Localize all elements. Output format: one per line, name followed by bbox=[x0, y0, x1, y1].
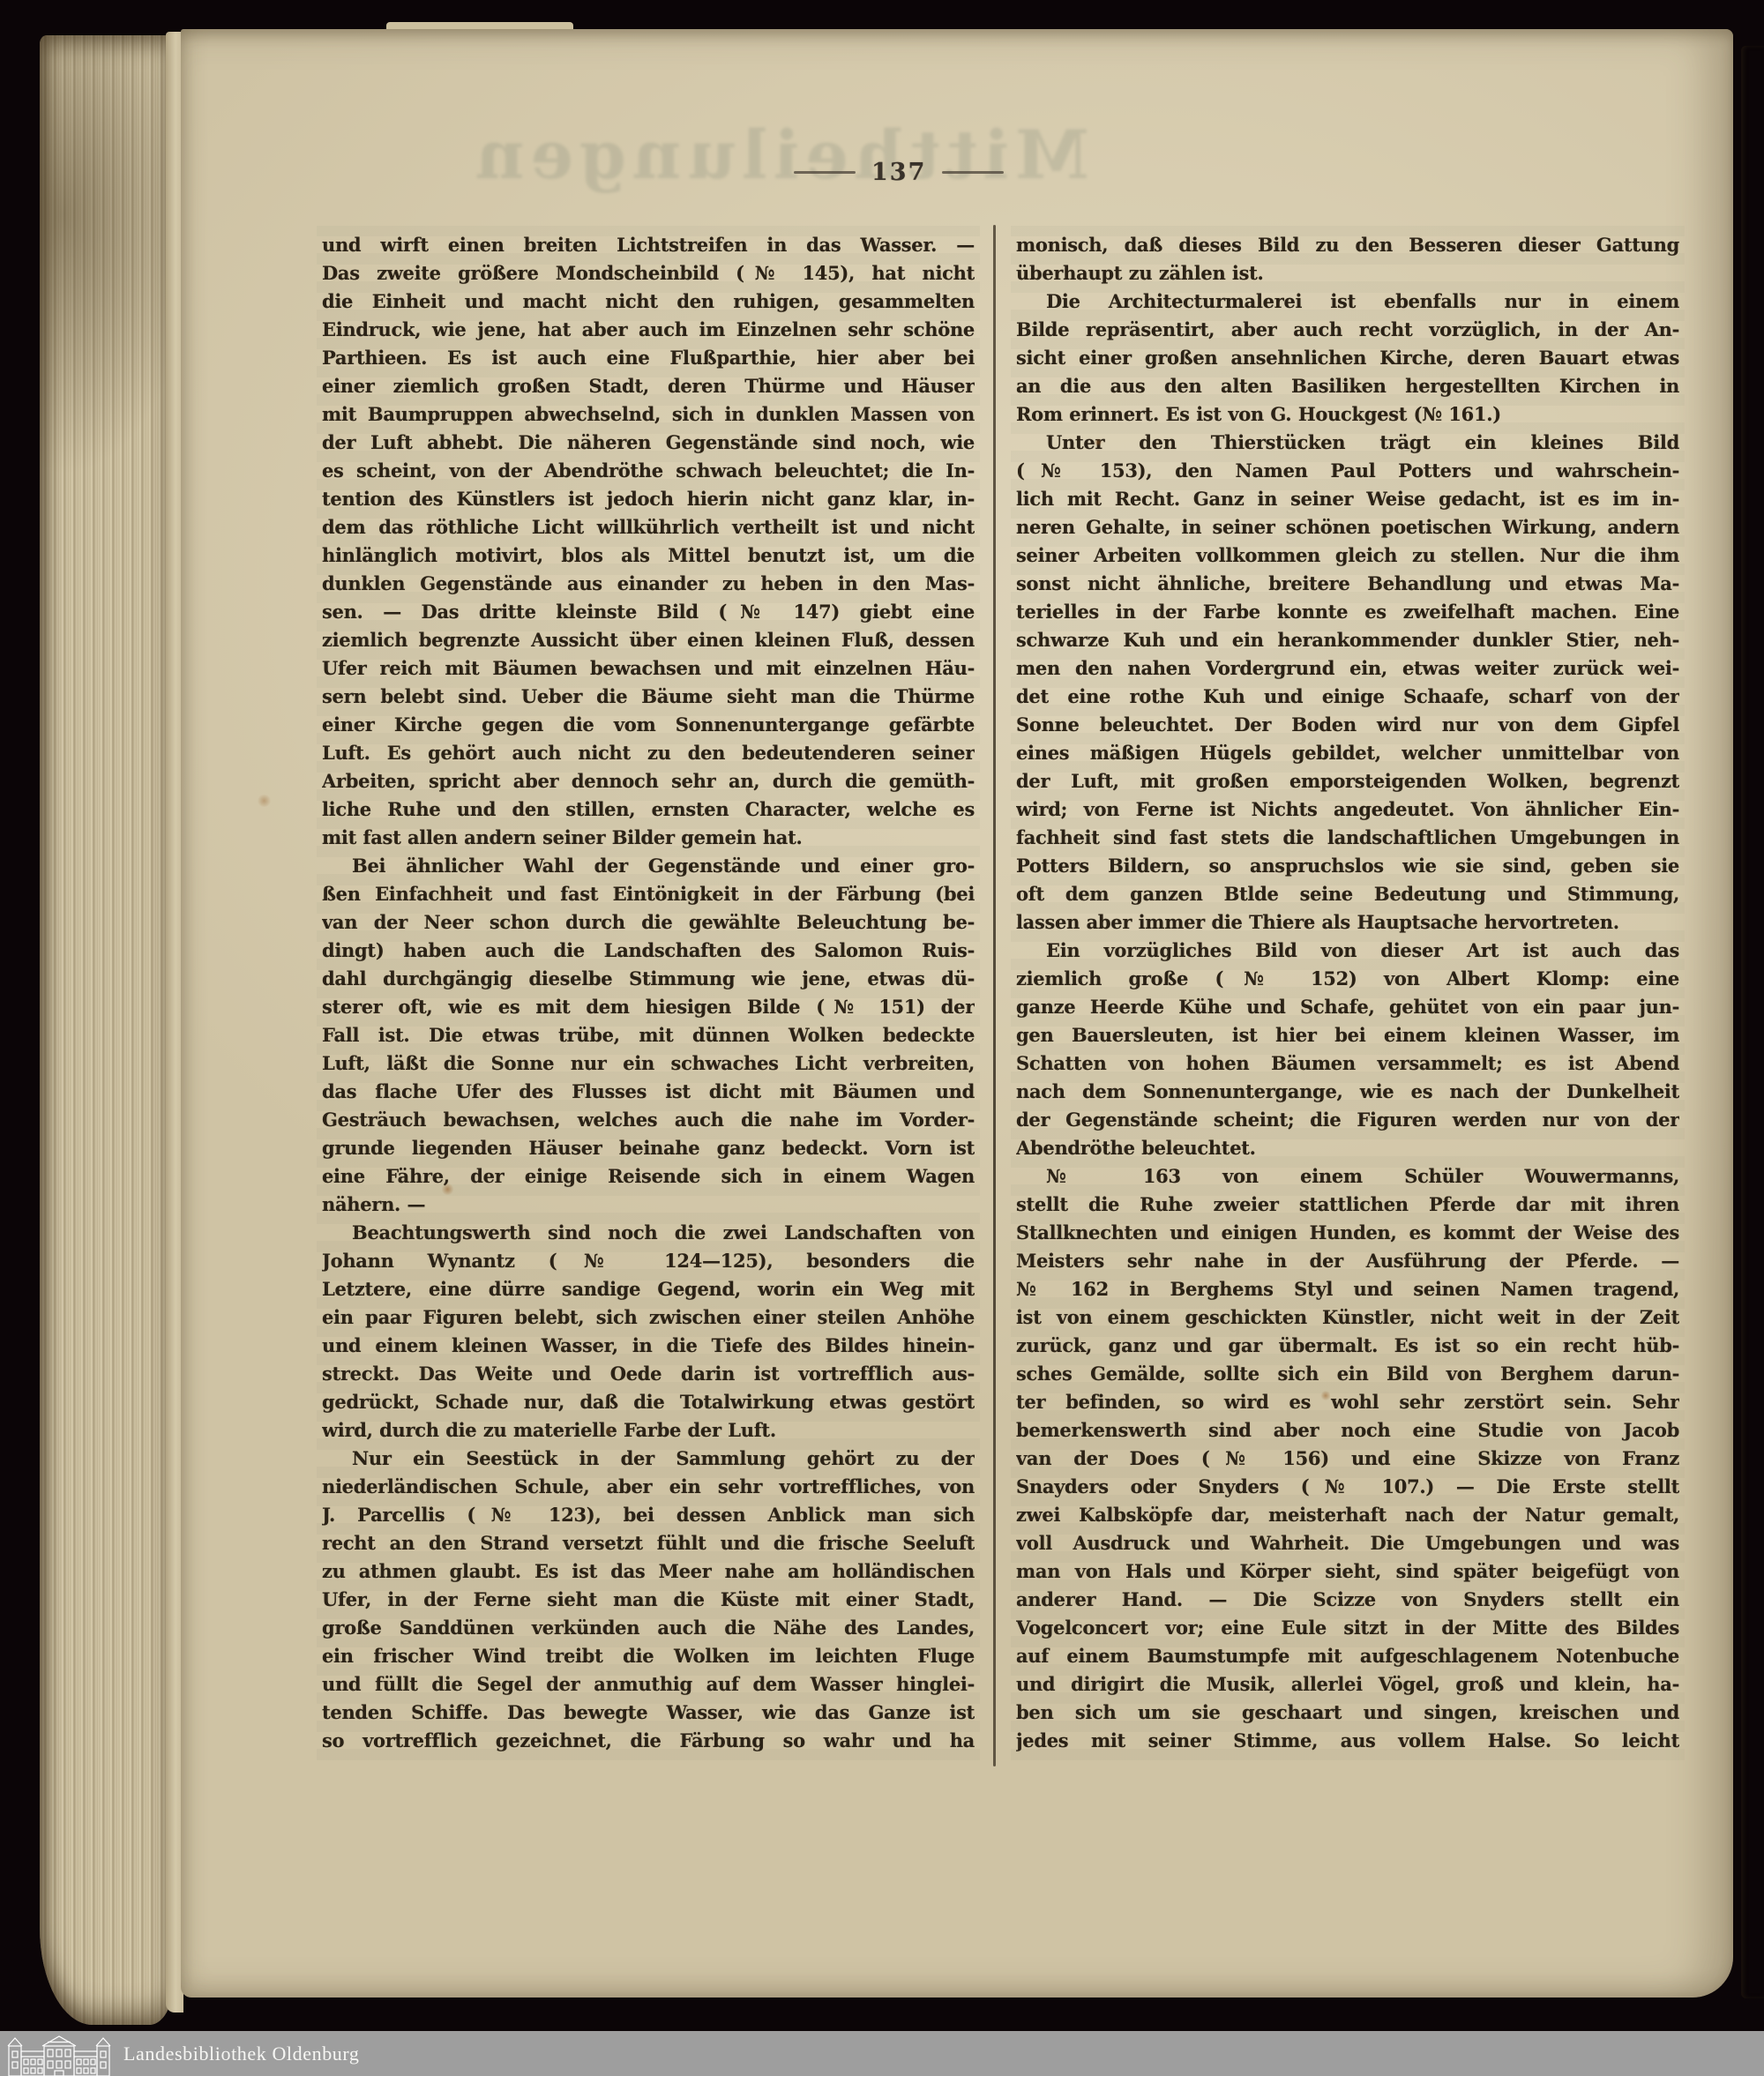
text-line: tenden Schiffe. Das bewegte Wasser, wie … bbox=[322, 1699, 975, 1727]
header-rule-right bbox=[942, 171, 1004, 174]
foxing-stain bbox=[604, 1427, 614, 1436]
text-line: Johann Wynantz (№ 124—125), besonders di… bbox=[322, 1247, 975, 1275]
text-line: lich mit Recht. Ganz in seiner Weise ged… bbox=[1016, 485, 1679, 513]
text-line: № 162 in Berghems Styl und seinen Namen … bbox=[1016, 1275, 1679, 1303]
text-line: sern belebt sind. Ueber die Bäume sieht … bbox=[322, 683, 975, 711]
text-line: ist von einem geschickten Künstler, nich… bbox=[1016, 1303, 1679, 1332]
text-line: Stallknechten und einigen Hunden, es kom… bbox=[1016, 1219, 1679, 1247]
paragraph: Unter den Thierstücken trägt ein kleines… bbox=[1016, 429, 1679, 937]
text-line: oft dem ganzen Btlde seine Bedeutung und… bbox=[1016, 880, 1679, 908]
text-line: streckt. Das Weite und Oede darin ist vo… bbox=[322, 1360, 975, 1388]
text-line: Arbeiten, spricht aber dennoch sehr an, … bbox=[322, 767, 975, 795]
text-line: liche Ruhe und den stillen, ernsten Char… bbox=[322, 795, 975, 824]
text-line: Luft, läßt die Sonne nur ein schwaches L… bbox=[322, 1049, 975, 1078]
text-line: es scheint, von der Abendröthe schwach b… bbox=[322, 457, 975, 485]
text-line: man von Hals und Körper sieht, sind spät… bbox=[1016, 1557, 1679, 1586]
paragraph: Beachtungswerth sind noch die zwei Lands… bbox=[322, 1219, 975, 1445]
text-line: lassen aber immer die Thiere als Hauptsa… bbox=[1016, 908, 1679, 937]
text-line: so vortrefflich gezeichnet, die Färbung … bbox=[322, 1727, 975, 1755]
text-line: sonst nicht ähnliche, breitere Behandlun… bbox=[1016, 570, 1679, 598]
text-line: und füllt die Segel der anmuthig auf dem… bbox=[322, 1670, 975, 1699]
text-line: gen Bauersleuten, ist hier bei einem kle… bbox=[1016, 1021, 1679, 1049]
page-header: 137 bbox=[794, 159, 1004, 186]
text-line: Das zweite größere Mondscheinbild (№ 145… bbox=[322, 259, 975, 288]
text-line: der Gegenstände scheint; die Figuren wer… bbox=[1016, 1106, 1679, 1134]
text-line: Sonne beleuchtet. Der Boden wird nur von… bbox=[1016, 711, 1679, 739]
text-line: № 163 von einem Schüler Wouwermanns, bbox=[1016, 1162, 1679, 1191]
text-line: Ein vorzügliches Bild von dieser Art ist… bbox=[1016, 937, 1679, 965]
paragraph: Nur ein Seestück in der Sammlung gehört … bbox=[322, 1445, 975, 1755]
text-line: Meisters sehr nahe in der Ausführung der… bbox=[1016, 1247, 1679, 1275]
text-line: Fall ist. Die etwas trübe, mit dünnen Wo… bbox=[322, 1021, 975, 1049]
text-line: einer Kirche gegen die vom Sonnenunterga… bbox=[322, 711, 975, 739]
text-line: van der Does (№ 156) und eine Skizze von… bbox=[1016, 1445, 1679, 1473]
text-line: recht an den Strand versetzt fühlt und d… bbox=[322, 1529, 975, 1557]
text-line: monisch, daß dieses Bild zu den Besseren… bbox=[1016, 231, 1679, 259]
text-line: Eindruck, wie jene, hat aber auch im Ein… bbox=[322, 316, 975, 344]
text-line: ganze Heerde Kühe und Schafe, gehütet vo… bbox=[1016, 993, 1679, 1021]
text-line: nähern. — bbox=[322, 1191, 975, 1219]
text-line: Bei ähnlicher Wahl der Gegenstände und e… bbox=[322, 852, 975, 880]
text-line: ben sich um sie geschaart und singen, kr… bbox=[1016, 1699, 1679, 1727]
text-line: sches Gemälde, sollte sich ein Bild von … bbox=[1016, 1360, 1679, 1388]
text-line: einer ziemlich großen Stadt, deren Thürm… bbox=[322, 372, 975, 400]
text-line: überhaupt zu zählen ist. bbox=[1016, 259, 1679, 288]
text-line: zu athmen glaubt. Es ist das Meer nahe a… bbox=[322, 1557, 975, 1586]
text-line: dem das röthliche Licht willkührlich ver… bbox=[322, 513, 975, 541]
text-line: det eine rothe Kuh und einige Schaafe, s… bbox=[1016, 683, 1679, 711]
text-line: anderer Hand. — Die Scizze von Snyders s… bbox=[1016, 1586, 1679, 1614]
text-line: und dirigirt die Musik, allerlei Vögel, … bbox=[1016, 1670, 1679, 1699]
text-line: ßen Einfachheit und fast Eintönigkeit in… bbox=[322, 880, 975, 908]
text-line: grunde liegenden Häuser beinahe ganz bed… bbox=[322, 1134, 975, 1162]
page-number: 137 bbox=[871, 159, 926, 186]
text-line: niederländischen Schule, aber ein sehr v… bbox=[322, 1473, 975, 1501]
text-line: große Sanddünen verkünden auch die Nähe … bbox=[322, 1614, 975, 1642]
text-line: van der Neer schon durch die gewählte Be… bbox=[322, 908, 975, 937]
right-column: monisch, daß dieses Bild zu den Besseren… bbox=[1016, 231, 1679, 1755]
text-line: das flache Ufer des Flusses ist dicht mi… bbox=[322, 1078, 975, 1106]
paragraph: und wirft einen breiten Lichtstreifen in… bbox=[322, 231, 975, 852]
text-line: der Luft, mit großen emporsteigenden Wol… bbox=[1016, 767, 1679, 795]
text-line: ein frischer Wind treibt die Wolken im l… bbox=[322, 1642, 975, 1670]
text-line: dahl durchgängig dieselbe Stimmung wie j… bbox=[322, 965, 975, 993]
text-line: neren Gehalte, in seiner schönen poetisc… bbox=[1016, 513, 1679, 541]
text-line: voll Ausdruck und Wahrheit. Die Umgebung… bbox=[1016, 1529, 1679, 1557]
text-line: hinlänglich motivirt, blos als Mittel be… bbox=[322, 541, 975, 570]
text-line: dunklen Gegenstände aus einander zu hebe… bbox=[322, 570, 975, 598]
text-line: Ufer, in der Ferne sieht man die Küste m… bbox=[322, 1586, 975, 1614]
text-line: eines mäßigen Hügels gebildet, welcher u… bbox=[1016, 739, 1679, 767]
text-line: und einem kleinen Wasser, in die Tiefe d… bbox=[322, 1332, 975, 1360]
text-line: bemerkenswerth sind aber noch eine Studi… bbox=[1016, 1416, 1679, 1445]
text-line: sterer oft, wie es mit dem hiesigen Bild… bbox=[322, 993, 975, 1021]
foxing-stain bbox=[441, 1184, 454, 1195]
text-line: eine Fähre, der einige Reisende sich in … bbox=[322, 1162, 975, 1191]
text-line: zurück, ganz und gar übermalt. Es ist so… bbox=[1016, 1332, 1679, 1360]
foxing-stain bbox=[1320, 1391, 1331, 1400]
paragraph: Die Architecturmalerei ist ebenfalls nur… bbox=[1016, 288, 1679, 429]
text-line: Snayders oder Snyders (№ 107.) — Die Ers… bbox=[1016, 1473, 1679, 1501]
paragraph: Bei ähnlicher Wahl der Gegenstände und e… bbox=[322, 852, 975, 1219]
text-line: men den nahen Vordergrund ein, etwas wei… bbox=[1016, 654, 1679, 683]
text-line: sicht einer großen ansehnlichen Kirche, … bbox=[1016, 344, 1679, 372]
text-line: ter befinden, so wird es wohl sehr zerst… bbox=[1016, 1388, 1679, 1416]
left-column: und wirft einen breiten Lichtstreifen in… bbox=[322, 231, 975, 1755]
book-fore-edge-page-stack bbox=[40, 35, 172, 2025]
watermark-bar: Landesbibliothek Oldenburg bbox=[0, 2031, 1764, 2076]
text-line: schwarze Kuh und ein herankommender dunk… bbox=[1016, 626, 1679, 654]
text-line: Parthieen. Es ist auch eine Flußparthie,… bbox=[322, 344, 975, 372]
text-line: Beachtungswerth sind noch die zwei Lands… bbox=[322, 1219, 975, 1247]
paragraph: Ein vorzügliches Bild von dieser Art ist… bbox=[1016, 937, 1679, 1162]
text-line: terielles in der Farbe konnte es zweifel… bbox=[1016, 598, 1679, 626]
text-line: Rom erinnert. Es ist von G. Houckgest (№… bbox=[1016, 400, 1679, 429]
text-line: wird; von Ferne ist Nichts angedeutet. V… bbox=[1016, 795, 1679, 824]
column-divider-rule bbox=[993, 225, 996, 1766]
text-line: seiner Arbeiten vollkommen gleich zu ste… bbox=[1016, 541, 1679, 570]
watermark-label: Landesbibliothek Oldenburg bbox=[123, 2042, 360, 2065]
foxing-stain bbox=[257, 795, 272, 807]
text-line: an die aus den alten Basiliken hergestel… bbox=[1016, 372, 1679, 400]
text-line: ein paar Figuren belebt, sich zwischen e… bbox=[322, 1303, 975, 1332]
text-line: nach dem Sonnenuntergange, wie es nach d… bbox=[1016, 1078, 1679, 1106]
text-line: Ufer reich mit Bäumen bewachsen und mit … bbox=[322, 654, 975, 683]
text-line: stellt die Ruhe zweier stattlichen Pferd… bbox=[1016, 1191, 1679, 1219]
text-line: gedrückt, Schade nur, daß die Totalwirku… bbox=[322, 1388, 975, 1416]
text-line: Luft. Es gehört auch nicht zu den bedeut… bbox=[322, 739, 975, 767]
text-line: ziemlich begrenzte Aussicht über einen k… bbox=[322, 626, 975, 654]
text-line: Vogelconcert vor; eine Eule sitzt in der… bbox=[1016, 1614, 1679, 1642]
text-line: (№ 153), den Namen Paul Potters und wahr… bbox=[1016, 457, 1679, 485]
text-line: Unter den Thierstücken trägt ein kleines… bbox=[1016, 429, 1679, 457]
text-line: auf einem Baumstumpfe mit aufgeschlagene… bbox=[1016, 1642, 1679, 1670]
text-line: zwei Kalbsköpfe dar, meisterhaft nach de… bbox=[1016, 1501, 1679, 1529]
text-line: ziemlich große (№ 152) von Albert Klomp:… bbox=[1016, 965, 1679, 993]
text-line: der Luft abhebt. Die näheren Gegenstände… bbox=[322, 429, 975, 457]
text-line: Bilde repräsentirt, aber auch recht vorz… bbox=[1016, 316, 1679, 344]
scanned-book-page: Mittheilungen 137 und wirft einen breite… bbox=[181, 29, 1733, 1998]
text-line: Nur ein Seestück in der Sammlung gehört … bbox=[322, 1445, 975, 1473]
text-line: sen. — Das dritte kleinste Bild (№ 147) … bbox=[322, 598, 975, 626]
text-line: Die Architecturmalerei ist ebenfalls nur… bbox=[1016, 288, 1679, 316]
foxing-stain bbox=[1094, 438, 1102, 446]
text-line: tention des Künstlers ist jedoch hierin … bbox=[322, 485, 975, 513]
text-line: Gesträuch bewachsen, welches auch die na… bbox=[322, 1106, 975, 1134]
text-line: die Einheit und macht nicht den ruhigen,… bbox=[322, 288, 975, 316]
text-line: Schatten von hohen Bäumen versammelt; es… bbox=[1016, 1049, 1679, 1078]
text-line: J. Parcellis (№ 123), bei dessen Anblick… bbox=[322, 1501, 975, 1529]
text-line: jedes mit seiner Stimme, aus vollem Hals… bbox=[1016, 1727, 1679, 1755]
text-line: dingt) haben auch die Landschaften des S… bbox=[322, 937, 975, 965]
header-rule-left bbox=[794, 171, 856, 174]
paragraph: № 163 von einem Schüler Wouwermanns,stel… bbox=[1016, 1162, 1679, 1755]
text-line: und wirft einen breiten Lichtstreifen in… bbox=[322, 231, 975, 259]
text-line: Abendröthe beleuchtet. bbox=[1016, 1134, 1679, 1162]
paragraph: monisch, daß dieses Bild zu den Besseren… bbox=[1016, 231, 1679, 288]
text-line: Potters Bildern, so anspruchslos wie sie… bbox=[1016, 852, 1679, 880]
next-page-edge bbox=[1741, 46, 1764, 1998]
text-line: mit Baumpruppen abwechselnd, sich in dun… bbox=[322, 400, 975, 429]
text-line: Letztere, eine dürre sandige Gegend, wor… bbox=[322, 1275, 975, 1303]
text-line: mit fast allen andern seiner Bilder geme… bbox=[322, 824, 975, 852]
text-line: wird, durch die zu materielle Farbe der … bbox=[322, 1416, 975, 1445]
text-line: fachheit sind fast stets die landschaftl… bbox=[1016, 824, 1679, 852]
library-building-icon bbox=[7, 2034, 111, 2076]
